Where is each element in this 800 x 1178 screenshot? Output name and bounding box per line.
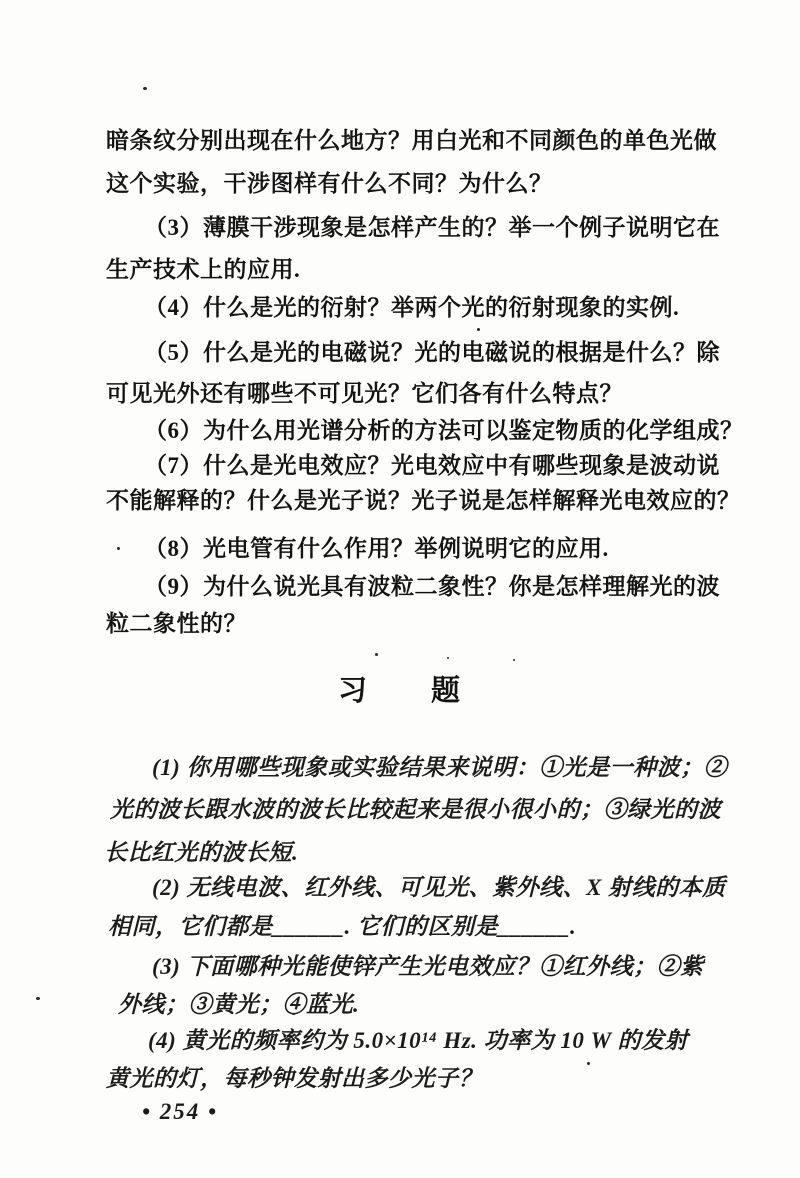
scan-speck (477, 328, 480, 331)
scan-speck (117, 547, 120, 550)
scan-speck (447, 657, 449, 659)
exercise-line-4: (2) 无线电波、红外线、可见光、紫外线、X 射线的本质 (152, 876, 726, 899)
scan-speck (292, 1013, 295, 1015)
exercises-heading: 习 题 (0, 668, 800, 709)
exercise-line-7: 外线；③黄光；④蓝光. (118, 993, 359, 1016)
review-line-4: 生产技术上的应用. (106, 258, 300, 281)
scan-speck (375, 653, 378, 656)
exercise-line-8: (4) 黄光的频率约为 5.0×10¹⁴ Hz. 功率为 10 W 的发射 (148, 1029, 688, 1052)
exercise-line-1: (1) 你用哪些现象或实验结果来说明：①光是一种波；② (152, 756, 727, 779)
review-line-10: 不能解释的？什么是光子说？光子说是怎样解释光电效应的？ (106, 489, 741, 512)
exercise-line-3: 长比红光的波长短. (104, 841, 298, 864)
exercise-line-6: (3) 下面哪种光能使锌产生光电效应？①红外线；②紫 (152, 955, 704, 978)
scanned-textbook-page: 暗条纹分别出现在什么地方？用白光和不同颜色的单色光做 这个实验，干涉图样有什么不… (0, 0, 800, 1178)
exercise-line-5: 相同，它们都是______. 它们的区别是______. (108, 915, 576, 938)
page-number: • 254 • (142, 1099, 218, 1125)
review-line-12: （9）为什么说光具有波粒二象性？你是怎样理解光的波 (144, 575, 720, 598)
review-line-1: 暗条纹分别出现在什么地方？用白光和不同颜色的单色光做 (106, 129, 717, 152)
review-line-7: 可见光外还有哪些不可见光？它们各有什么特点？ (106, 382, 623, 405)
scan-speck (513, 659, 515, 661)
review-line-6: （5）什么是光的电磁说？光的电磁说的根据是什么？除 (144, 341, 720, 364)
review-line-2: 这个实验，干涉图样有什么不同？为什么？ (106, 172, 553, 195)
review-line-11: （8）光电管有什么作用？举例说明它的应用. (144, 537, 609, 560)
exercise-line-9: 黄光的灯，每秒钟发射出多少光子？ (106, 1067, 482, 1090)
review-line-9: （7）什么是光电效应？光电效应中有哪些现象是波动说 (144, 454, 720, 477)
exercise-line-2: 光的波长跟水波的波长比较起来是很小很小的；③绿光的波 (110, 798, 721, 821)
scan-speck (143, 87, 147, 90)
scan-speck (587, 1062, 590, 1065)
review-line-8: （6）为什么用光谱分析的方法可以鉴定物质的化学组成？ (144, 419, 744, 442)
review-line-5: （4）什么是光的衍射？举两个光的衍射现象的实例. (144, 296, 679, 319)
review-line-3: （3）薄膜干涉现象是怎样产生的？举一个例子说明它在 (144, 216, 720, 239)
scan-speck (36, 997, 40, 1000)
review-line-13: 粒二象性的？ (106, 612, 247, 635)
